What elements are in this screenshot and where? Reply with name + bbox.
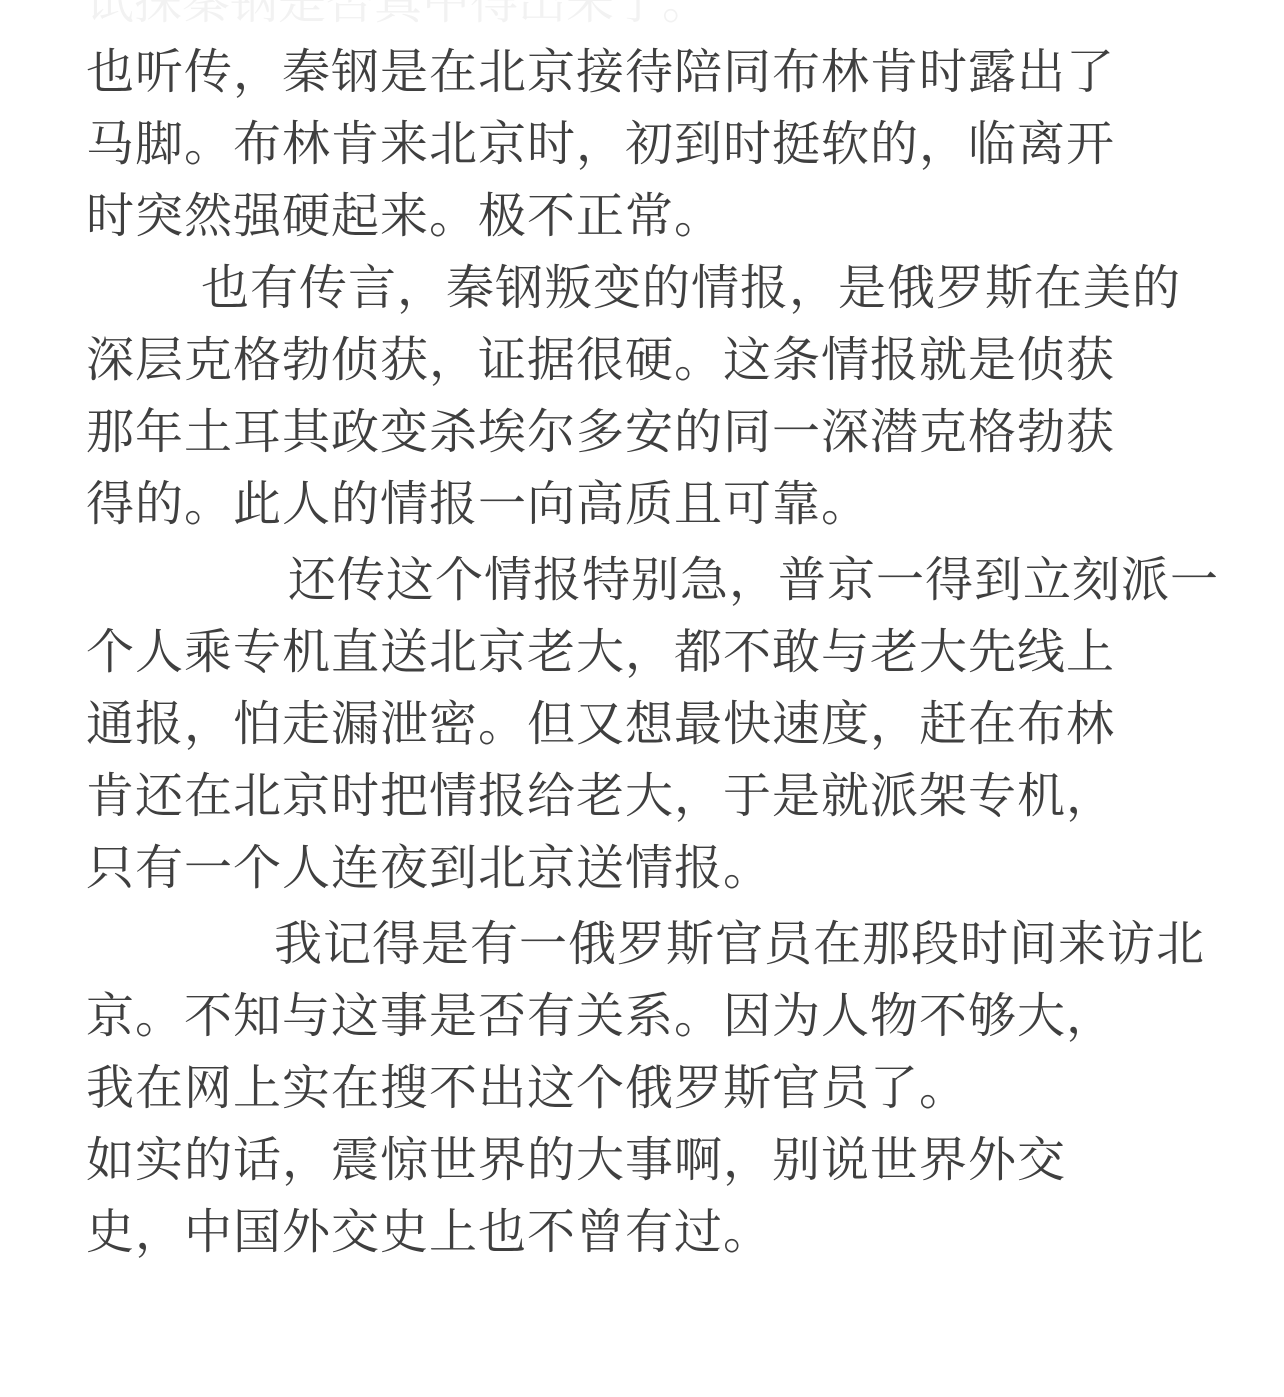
text-line: 个人乘专机直送北京老大，都不敢与老大先线上 (86, 616, 1115, 688)
text-line: 也听传，秦钢是在北京接待陪同布林肯时露出了 (86, 36, 1115, 108)
text-line: 史，中国外交史上也不曾有过。 (86, 1196, 772, 1268)
text-line: 通报，怕走漏泄密。但又想最快速度，赶在布林 (86, 688, 1115, 760)
text-line: 得的。此人的情报一向高质且可靠。 (86, 468, 870, 540)
text-line: 深层克格勃侦获，证据很硬。这条情报就是侦获 (86, 324, 1115, 396)
text-line: 肯还在北京时把情报给老大，于是就派架专机， (86, 760, 1115, 832)
text-line: 时突然强硬起来。极不正常。 (86, 180, 723, 252)
text-line: 只有一个人连夜到北京送情报。 (86, 832, 772, 904)
text-line: 马脚。布林肯来北京时，初到时挺软的，临离开 (86, 108, 1115, 180)
text-line: 也有传言，秦钢叛变的情报，是俄罗斯在美的 (152, 252, 1181, 324)
text-line: 我在网上实在搜不出这个俄罗斯官员了。 (86, 1052, 968, 1124)
text-line: 京。不知与这事是否有关系。因为人物不够大， (86, 980, 1115, 1052)
text-line: 我记得是有一俄罗斯官员在那段时间来访北 (176, 908, 1205, 980)
text-line: 还传这个情报特别急，普京一得到立刻派一 (190, 544, 1219, 616)
text-line: 那年土耳其政变杀埃尔多安的同一深潜克格勃获 (86, 396, 1115, 468)
text-line: 如实的话，震惊世界的大事啊，别说世界外交 (86, 1124, 1066, 1196)
faded-top-line: 试探秦钢是否真中得出来了。 (86, 0, 710, 38)
